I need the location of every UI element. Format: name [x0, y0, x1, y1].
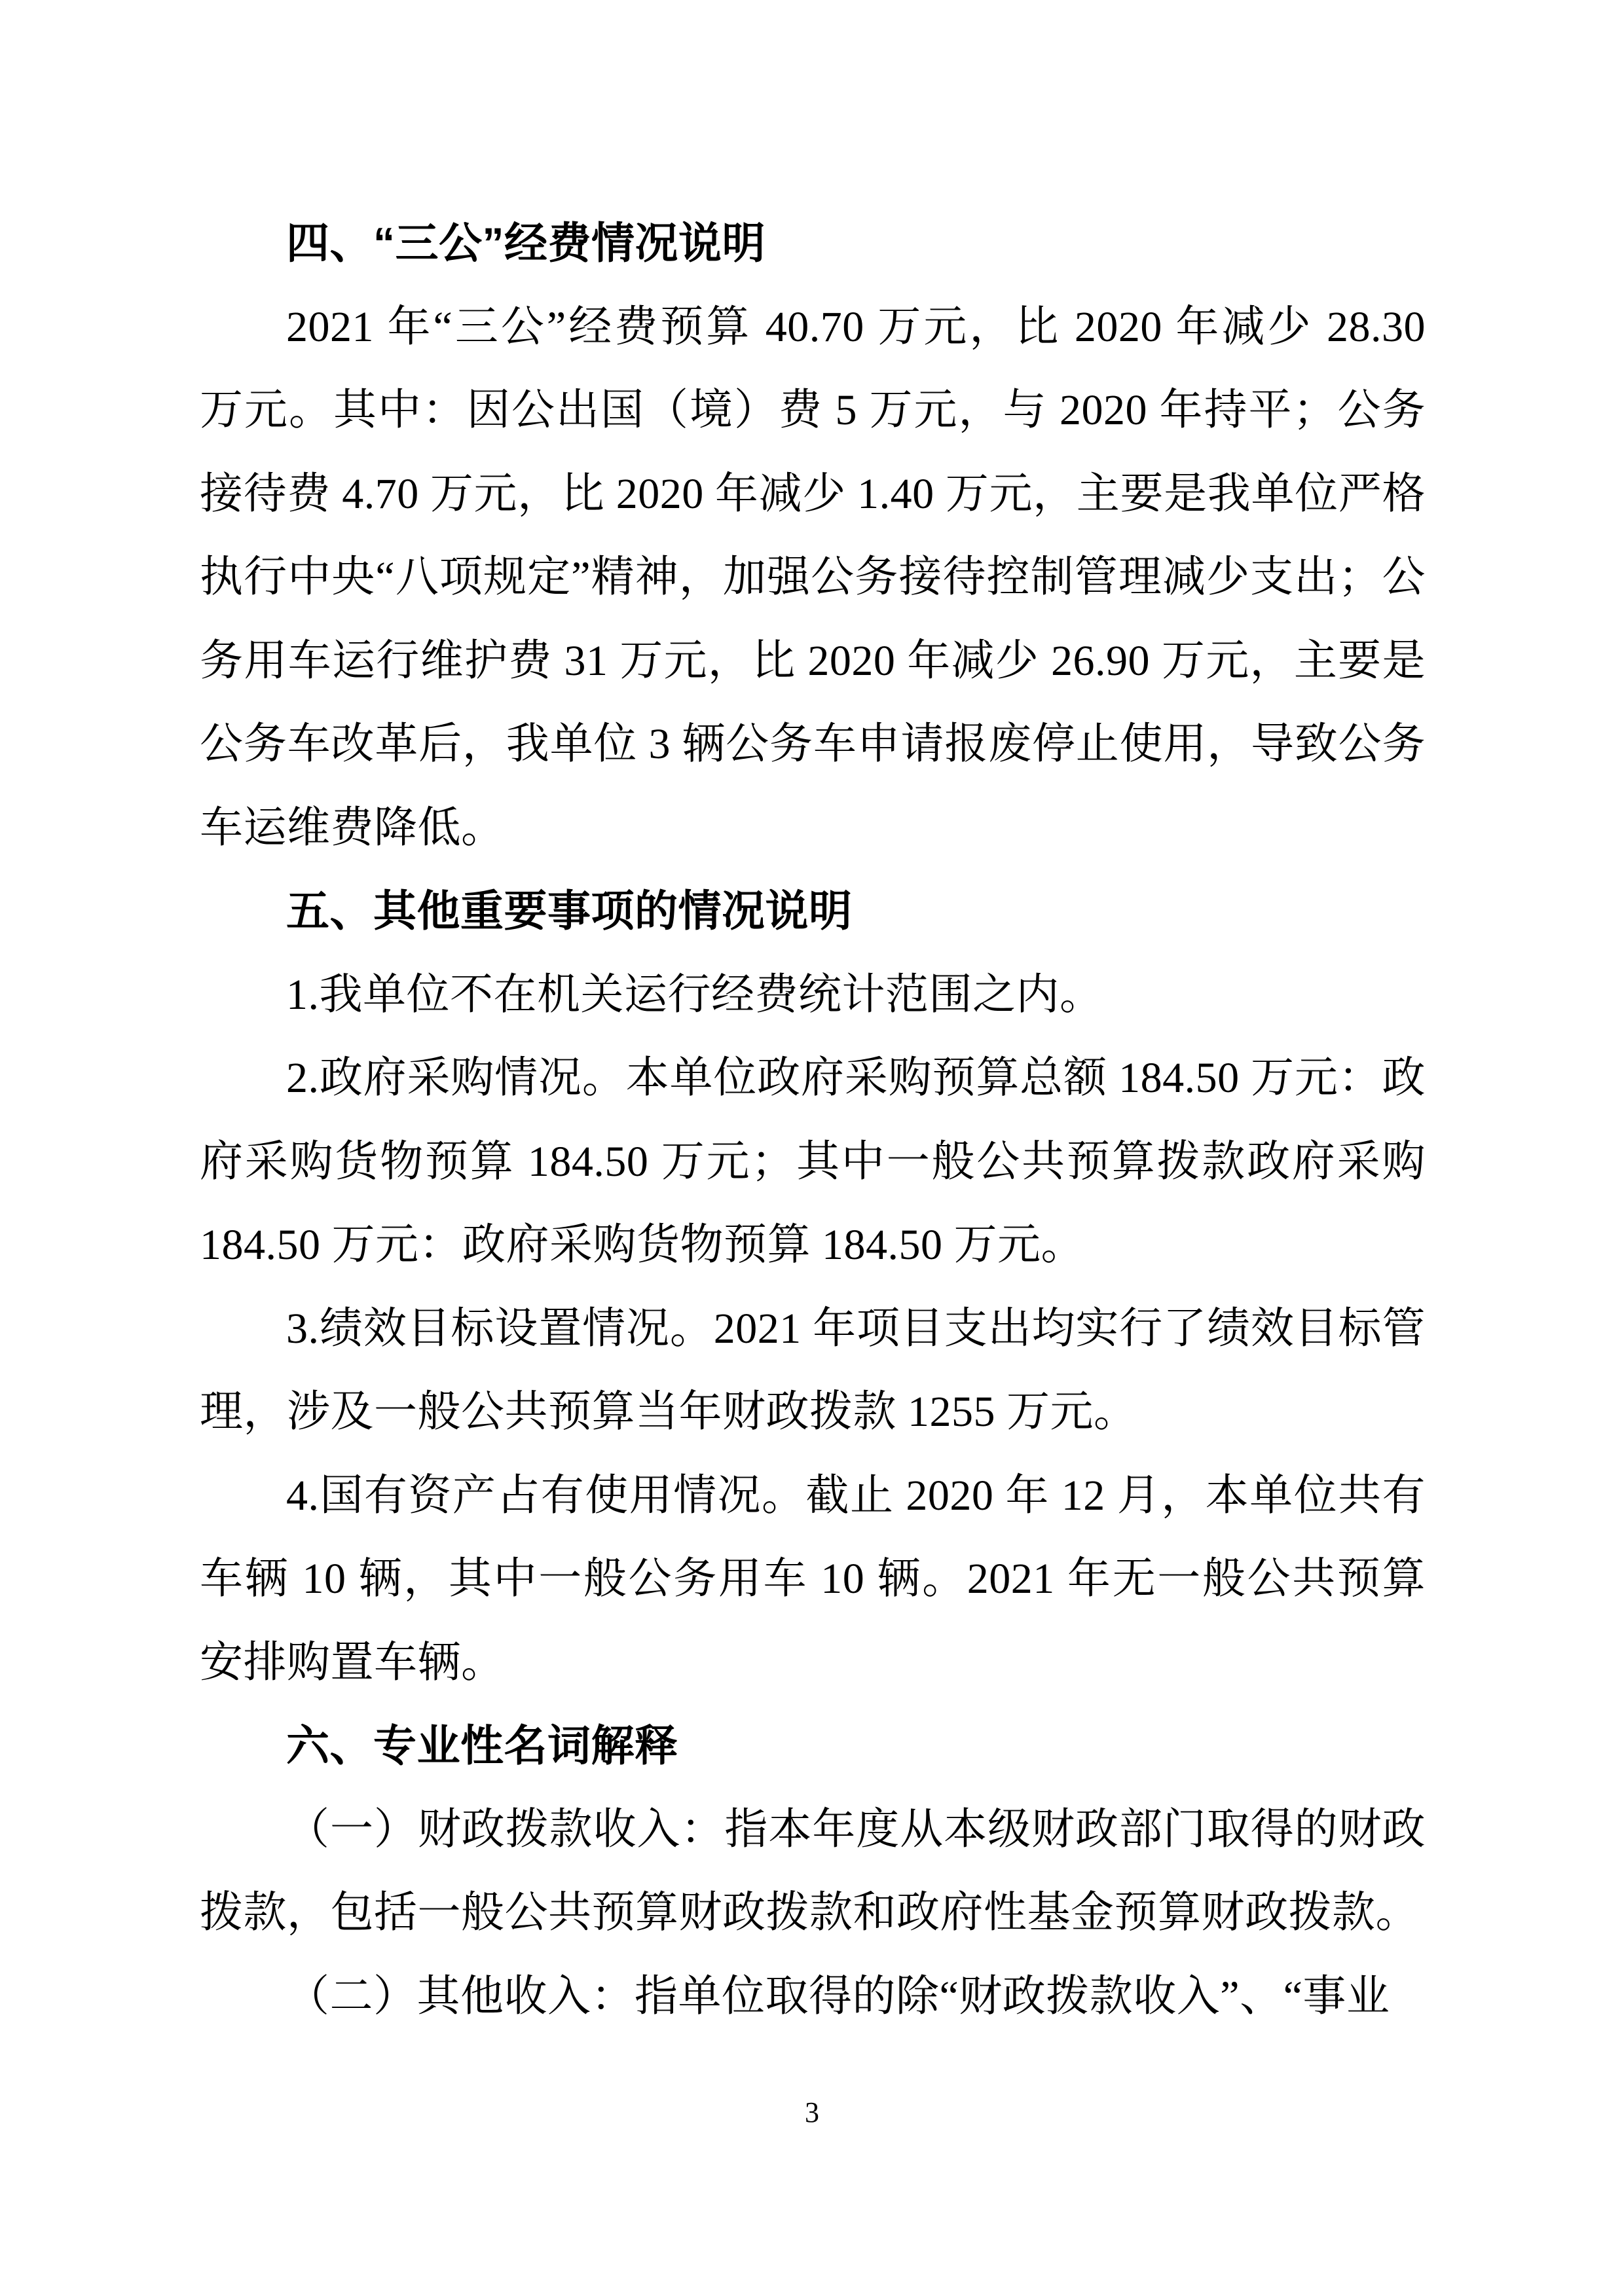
page-number: 3: [0, 2096, 1624, 2129]
section-heading-sangong-expenses: 四、“三公”经费情况说明: [200, 202, 1426, 285]
document-body: 四、“三公”经费情况说明 2021 年“三公”经费预算 40.70 万元，比 2…: [200, 202, 1426, 2038]
document-page: 四、“三公”经费情况说明 2021 年“三公”经费预算 40.70 万元，比 2…: [0, 0, 1624, 2296]
paragraph-term-other-income: （二）其他收入：指单位取得的除“财政拨款收入”、“事业: [200, 1955, 1426, 2039]
paragraph-item-state-assets: 4.国有资产占有使用情况。截止 2020 年 12 月，本单位共有车辆 10 辆…: [200, 1454, 1426, 1705]
section-heading-terminology: 六、专业性名词解释: [200, 1704, 1426, 1788]
paragraph-item-operating-funds: 1.我单位不在机关运行经费统计范围之内。: [200, 953, 1426, 1037]
paragraph-sangong-expense-details: 2021 年“三公”经费预算 40.70 万元，比 2020 年减少 28.30…: [200, 285, 1426, 870]
paragraph-item-government-procurement: 2.政府采购情况。本单位政府采购预算总额 184.50 万元：政府采购货物预算 …: [200, 1036, 1426, 1287]
paragraph-term-fiscal-appropriation-income: （一）财政拨款收入：指本年度从本级财政部门取得的财政拨款，包括一般公共预算财政拨…: [200, 1788, 1426, 1955]
paragraph-item-performance-targets: 3.绩效目标设置情况。2021 年项目支出均实行了绩效目标管理，涉及一般公共预算…: [200, 1287, 1426, 1454]
section-heading-other-important-matters: 五、其他重要事项的情况说明: [200, 869, 1426, 953]
